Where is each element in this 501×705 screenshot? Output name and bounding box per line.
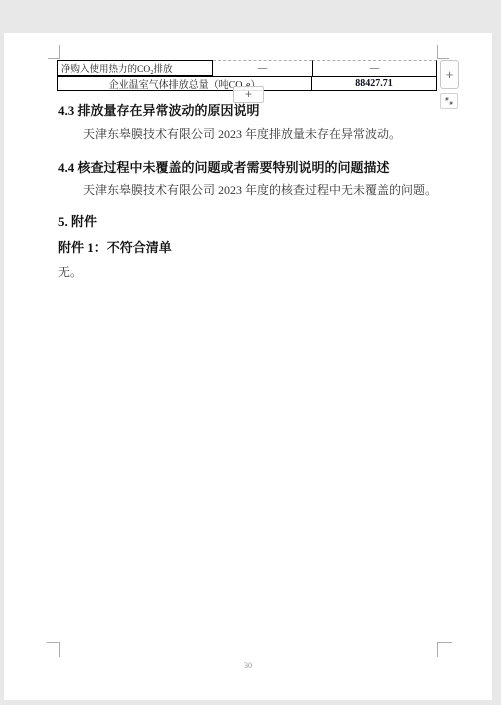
crop-mark-bottom-left-vertical [59,642,60,657]
table-cell-heat-co2-dash-1[interactable]: — [213,60,312,76]
table-cell-total-emissions-label[interactable]: 企业温室气体排放总量（吨CO₂e） [57,76,312,91]
page-number: 30 [4,661,492,670]
paragraph-4-4[interactable]: 天津东皋膜技术有限公司 2023 年度的核查过程中无未覆盖的问题。 [83,181,437,198]
table-resize-handle[interactable] [440,93,458,109]
crop-mark-bottom-left-horizontal [47,642,59,643]
document-page[interactable]: 净购入使用热力的CO₂排放 — — 企业温室气体排放总量（吨CO₂e） 8842… [4,33,492,700]
table-cell-heat-co2-dash-2[interactable]: — [312,60,437,76]
heading-4-4[interactable]: 4.4 核查过程中未覆盖的问题或者需要特别说明的问题描述 [58,157,390,176]
table-cell-total-emissions-value[interactable]: 88427.71 [311,76,437,91]
table-cell-text: — [370,64,380,74]
diagonal-resize-icon [444,96,454,106]
table-cell-heat-co2-label[interactable]: 净购入使用热力的CO₂排放 [57,60,213,76]
heading-4-3[interactable]: 4.3 排放量存在异常波动的原因说明 [58,100,260,119]
editor-canvas: 净购入使用热力的CO₂排放 — — 企业温室气体排放总量（吨CO₂e） 8842… [0,0,501,705]
crop-mark-top-left-vertical [59,45,60,59]
heading-attachment-1[interactable]: 附件 1：不符合清单 [58,237,172,256]
table-cell-text: — [258,64,268,74]
crop-mark-bottom-right-vertical [437,642,438,657]
add-row-button[interactable]: + [233,86,264,103]
table-cell-text: 净购入使用热力的CO₂排放 [61,61,173,75]
crop-mark-top-left-horizontal [48,58,60,59]
heading-5-attachments[interactable]: 5. 附件 [58,211,97,230]
paragraph-attachment-1[interactable]: 无。 [58,263,82,280]
paragraph-4-3[interactable]: 天津东皋膜技术有限公司 2023 年度排放量未存在异常波动。 [83,125,401,142]
add-column-button[interactable]: + [440,60,459,89]
crop-mark-top-right-vertical [437,45,438,59]
crop-mark-bottom-right-horizontal [437,642,452,643]
table-cell-text: 88427.71 [355,78,393,89]
crop-mark-top-right-horizontal [437,58,449,59]
